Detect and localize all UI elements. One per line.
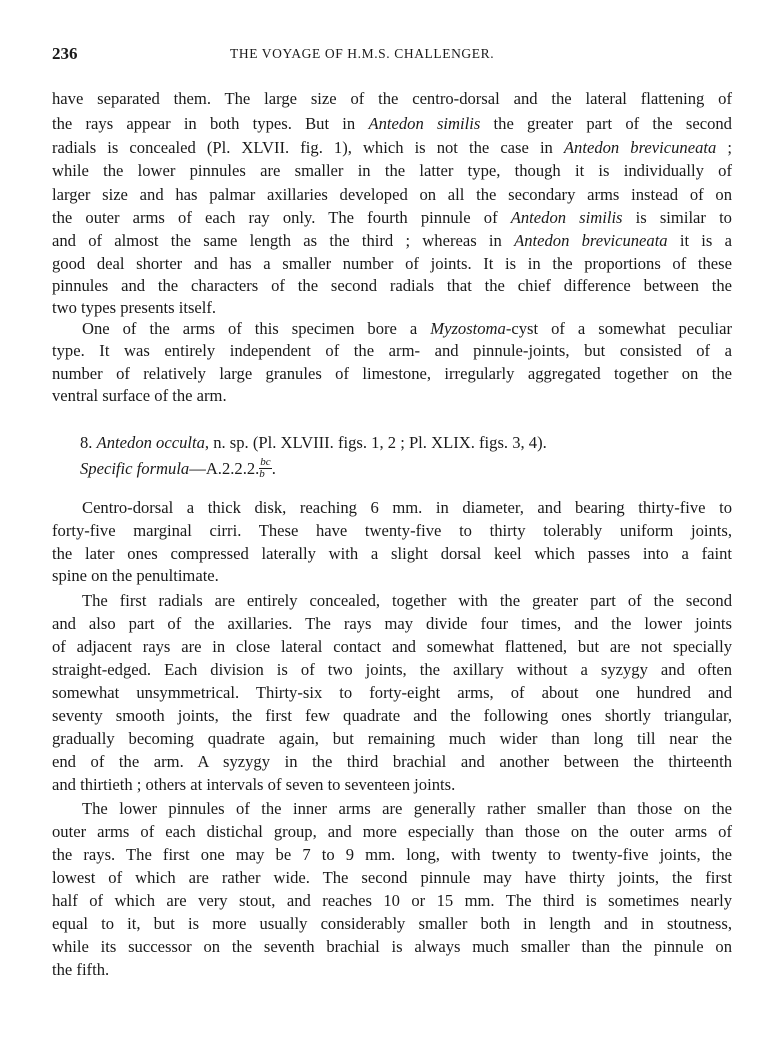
text-line: of adjacent rays are in close lateral co… bbox=[52, 636, 732, 658]
text-segment: spine on the penultimate. bbox=[52, 566, 219, 585]
text-segment: forty-five marginal cirri. These have tw… bbox=[52, 521, 732, 540]
text-segment: two types presents itself. bbox=[52, 298, 216, 317]
formula-end: . bbox=[272, 459, 276, 478]
text-segment: straight-edged. Each division is of two … bbox=[52, 660, 732, 679]
formula-fraction: bcb bbox=[259, 457, 271, 480]
text-line: the outer arms of each ray only. The fou… bbox=[52, 207, 732, 229]
text-line: and thirtieth ; others at intervals of s… bbox=[52, 774, 732, 796]
text-segment: while the lower pinnules are smaller in … bbox=[52, 161, 732, 180]
text-line: gradually becoming quadrate again, but r… bbox=[52, 728, 732, 750]
text-segment: ; bbox=[716, 138, 732, 157]
text-segment: gradually becoming quadrate again, but r… bbox=[52, 729, 732, 748]
text-line: two types presents itself. bbox=[52, 297, 732, 319]
text-line: equal to it, but is more usually conside… bbox=[52, 913, 732, 935]
species-heading: 8. Antedon occulta, n. sp. (Pl. XLVIII. … bbox=[80, 432, 680, 454]
text-line: good deal shorter and has a smaller numb… bbox=[52, 253, 732, 275]
text-line: and of almost the same length as the thi… bbox=[52, 230, 732, 252]
text-line: while the lower pinnules are smaller in … bbox=[52, 160, 732, 182]
text-line: have separated them. The large size of t… bbox=[52, 88, 732, 110]
text-line: the rays appear in both types. But in An… bbox=[52, 113, 732, 135]
text-segment: it is a bbox=[668, 231, 732, 250]
document-page: 236 THE VOYAGE OF H.M.S. CHALLENGER. hav… bbox=[0, 0, 776, 1050]
text-line: half of which are very stout, and reache… bbox=[52, 890, 732, 912]
text-segment: ventral surface of the arm. bbox=[52, 386, 227, 405]
text-segment: the rays. The first one may be 7 to 9 mm… bbox=[52, 845, 732, 864]
fraction-denominator: b bbox=[259, 469, 271, 480]
text-segment: The first radials are entirely concealed… bbox=[82, 591, 732, 610]
taxon-name: Myzostoma bbox=[430, 319, 506, 338]
text-segment: The lower pinnules of the inner arms are… bbox=[82, 799, 732, 818]
text-segment: outer arms of each distichal group, and … bbox=[52, 822, 732, 841]
text-line: straight-edged. Each division is of two … bbox=[52, 659, 732, 681]
text-line: seventy smooth joints, the first few qua… bbox=[52, 705, 732, 727]
text-segment: the rays appear in both types. But in bbox=[52, 114, 368, 133]
species-name: Antedon occulta bbox=[97, 433, 205, 452]
text-line: The lower pinnules of the inner arms are… bbox=[82, 798, 732, 820]
formula-value: —A.2.2.2. bbox=[189, 459, 259, 478]
text-line: type. It was entirely independent of the… bbox=[52, 340, 732, 362]
text-line: forty-five marginal cirri. These have tw… bbox=[52, 520, 732, 542]
text-line: outer arms of each distichal group, and … bbox=[52, 821, 732, 843]
text-line: One of the arms of this specimen bore a … bbox=[82, 318, 732, 340]
taxon-name: Antedon similis bbox=[368, 114, 480, 133]
text-segment: have separated them. The large size of t… bbox=[52, 89, 732, 108]
text-segment: number of relatively large granules of l… bbox=[52, 364, 732, 383]
text-segment: larger size and has palmar axillaries de… bbox=[52, 185, 732, 204]
fraction-numerator: bc bbox=[259, 457, 271, 469]
text-line: radials is concealed (Pl. XLVII. fig. 1)… bbox=[52, 137, 732, 159]
text-segment: the outer arms of each ray only. The fou… bbox=[52, 208, 511, 227]
text-segment: the fifth. bbox=[52, 960, 109, 979]
text-line: The first radials are entirely concealed… bbox=[82, 590, 732, 612]
text-line: ventral surface of the arm. bbox=[52, 385, 732, 407]
text-segment: and thirtieth ; others at intervals of s… bbox=[52, 775, 455, 794]
text-segment: the later ones compressed laterally with… bbox=[52, 544, 732, 563]
text-line: number of relatively large granules of l… bbox=[52, 363, 732, 385]
text-segment: good deal shorter and has a smaller numb… bbox=[52, 254, 732, 273]
running-header: 236 THE VOYAGE OF H.M.S. CHALLENGER. bbox=[52, 44, 732, 68]
text-segment: and of almost the same length as the thi… bbox=[52, 231, 514, 250]
species-reference: , n. sp. (Pl. XLVIII. figs. 1, 2 ; Pl. X… bbox=[205, 433, 547, 452]
text-segment: while its successor on the seventh brach… bbox=[52, 937, 732, 956]
text-line: while its successor on the seventh brach… bbox=[52, 936, 732, 958]
text-line: spine on the penultimate. bbox=[52, 565, 732, 587]
formula-label: Specific formula bbox=[80, 459, 189, 478]
text-segment: seventy smooth joints, the first few qua… bbox=[52, 706, 732, 725]
text-segment: somewhat unsymmetrical. Thirty-six to fo… bbox=[52, 683, 732, 702]
text-segment: equal to it, but is more usually conside… bbox=[52, 914, 732, 933]
text-line: pinnules and the characters of the secon… bbox=[52, 275, 732, 297]
text-line: the fifth. bbox=[52, 959, 732, 981]
taxon-name: Antedon similis bbox=[511, 208, 623, 227]
text-line: the later ones compressed laterally with… bbox=[52, 543, 732, 565]
text-line: lowest of which are rather wide. The sec… bbox=[52, 867, 732, 889]
text-segment: type. It was entirely independent of the… bbox=[52, 341, 732, 360]
taxon-name: Antedon brevicuneata bbox=[514, 231, 668, 250]
text-line: somewhat unsymmetrical. Thirty-six to fo… bbox=[52, 682, 732, 704]
page-number: 236 bbox=[52, 44, 78, 64]
taxon-name: Antedon brevicuneata bbox=[564, 138, 716, 157]
text-segment: and also part of the axillaries. The ray… bbox=[52, 614, 732, 633]
text-segment: radials is concealed (Pl. XLVII. fig. 1)… bbox=[52, 138, 564, 157]
specific-formula: Specific formula—A.2.2.2.bcb. bbox=[80, 458, 680, 482]
text-line: the rays. The first one may be 7 to 9 mm… bbox=[52, 844, 732, 866]
text-segment: One of the arms of this specimen bore a bbox=[82, 319, 430, 338]
text-segment: pinnules and the characters of the secon… bbox=[52, 276, 732, 295]
text-line: Centro-dorsal a thick disk, reaching 6 m… bbox=[82, 497, 732, 519]
text-segment: of adjacent rays are in close lateral co… bbox=[52, 637, 732, 656]
text-segment: Centro-dorsal a thick disk, reaching 6 m… bbox=[82, 498, 732, 517]
text-line: larger size and has palmar axillaries de… bbox=[52, 184, 732, 206]
species-number: 8. bbox=[80, 433, 92, 452]
running-title: THE VOYAGE OF H.M.S. CHALLENGER. bbox=[230, 46, 494, 62]
text-segment: the greater part of the second bbox=[480, 114, 732, 133]
text-line: and also part of the axillaries. The ray… bbox=[52, 613, 732, 635]
text-segment: lowest of which are rather wide. The sec… bbox=[52, 868, 732, 887]
text-line: end of the arm. A syzygy in the third br… bbox=[52, 751, 732, 773]
text-segment: -cyst of a somewhat peculiar bbox=[506, 319, 732, 338]
text-segment: is similar to bbox=[623, 208, 732, 227]
text-segment: half of which are very stout, and reache… bbox=[52, 891, 732, 910]
text-segment: end of the arm. A syzygy in the third br… bbox=[52, 752, 732, 771]
